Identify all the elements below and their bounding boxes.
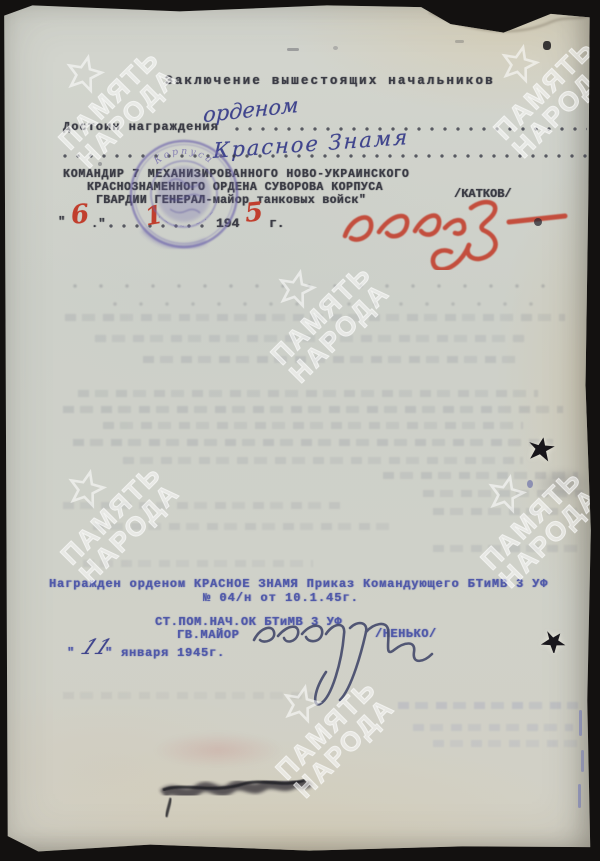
scan-speck: [287, 48, 299, 51]
bleed-row: [83, 560, 313, 567]
pink-ink-bleed: [153, 732, 283, 768]
bleed-row: [65, 314, 565, 321]
bleed-row: [63, 406, 563, 413]
bleed-row: [433, 508, 583, 515]
handwritten-order-word: орденом: [203, 93, 299, 127]
section-header: Заключение вышестоящих начальников: [165, 74, 495, 88]
bleed-row: [73, 439, 553, 446]
red-commander-signature: [333, 190, 573, 270]
round-unit-stamp: Корпуса ~·~·~·~·~: [118, 131, 252, 261]
paper-hole: [527, 436, 555, 462]
bleed-row: [413, 724, 573, 731]
pencil-smudge: [533, 467, 591, 501]
star-outline-icon: [55, 45, 113, 103]
scan-background: { "document": { "header": "Заключение вы…: [0, 0, 600, 861]
scan-speck: [455, 40, 464, 43]
svg-text:Корпуса: Корпуса: [151, 146, 216, 167]
year-era: г.: [269, 217, 285, 232]
blue-officer-signature: [246, 610, 451, 712]
award-date-rest: " января 1945г.: [105, 647, 225, 661]
bleed-row: [103, 422, 523, 429]
scan-speck: [527, 480, 533, 488]
award-line-2: № 04/н от 10.1.45г.: [203, 592, 359, 606]
scanned-page: Заключение вышестоящих начальников Досто…: [3, 2, 592, 854]
handwritten-day: 6: [69, 199, 90, 231]
paper-crease: [423, 4, 593, 48]
bleed-row: [63, 502, 343, 509]
paper-hole: [541, 630, 566, 653]
award-date-quote: ": [67, 647, 74, 661]
bleed-row: [143, 356, 523, 363]
scan-speck: [543, 41, 551, 50]
bleed-row: [73, 283, 563, 291]
ink-smudge-stamp: [153, 760, 318, 820]
bleed-row: [95, 335, 525, 342]
bleed-row: [123, 457, 523, 464]
date-quote-close: .": [91, 218, 105, 232]
date-quote-open: ": [58, 216, 65, 230]
scan-speck: [578, 784, 581, 808]
bleed-row: [433, 545, 583, 552]
award-line-4: ГВ.МАЙОР: [177, 629, 239, 643]
scan-speck: [333, 46, 338, 50]
award-line-1: Награжден орденом КРАСНОЕ ЗНАМЯ Приказ К…: [49, 578, 548, 592]
scan-speck: [98, 162, 102, 166]
scan-speck: [534, 218, 542, 226]
bleed-row: [93, 523, 393, 530]
star-outline-icon: [57, 460, 115, 518]
bleed-row: [113, 301, 533, 309]
scanned-page-frame: Заключение вышестоящих начальников Досто…: [0, 0, 600, 861]
dotted-leader: [235, 126, 587, 132]
scan-speck: [579, 710, 582, 736]
bleed-row: [433, 740, 578, 747]
scan-speck: [581, 750, 584, 772]
bleed-row: [78, 390, 538, 397]
